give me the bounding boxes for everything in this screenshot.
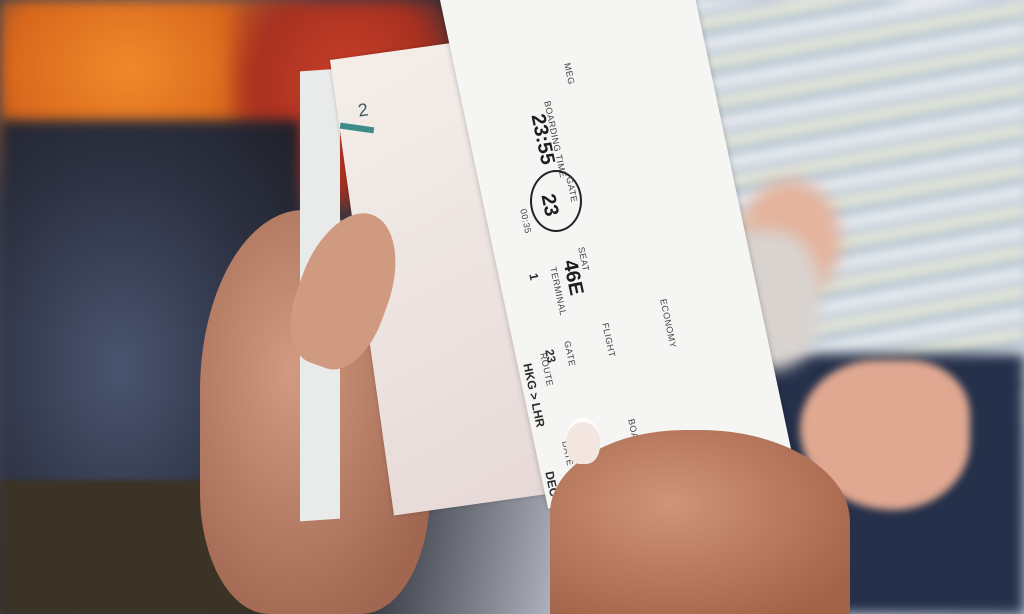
gate-circled: 23 (536, 192, 563, 219)
thumbnail-manicure (566, 418, 600, 464)
